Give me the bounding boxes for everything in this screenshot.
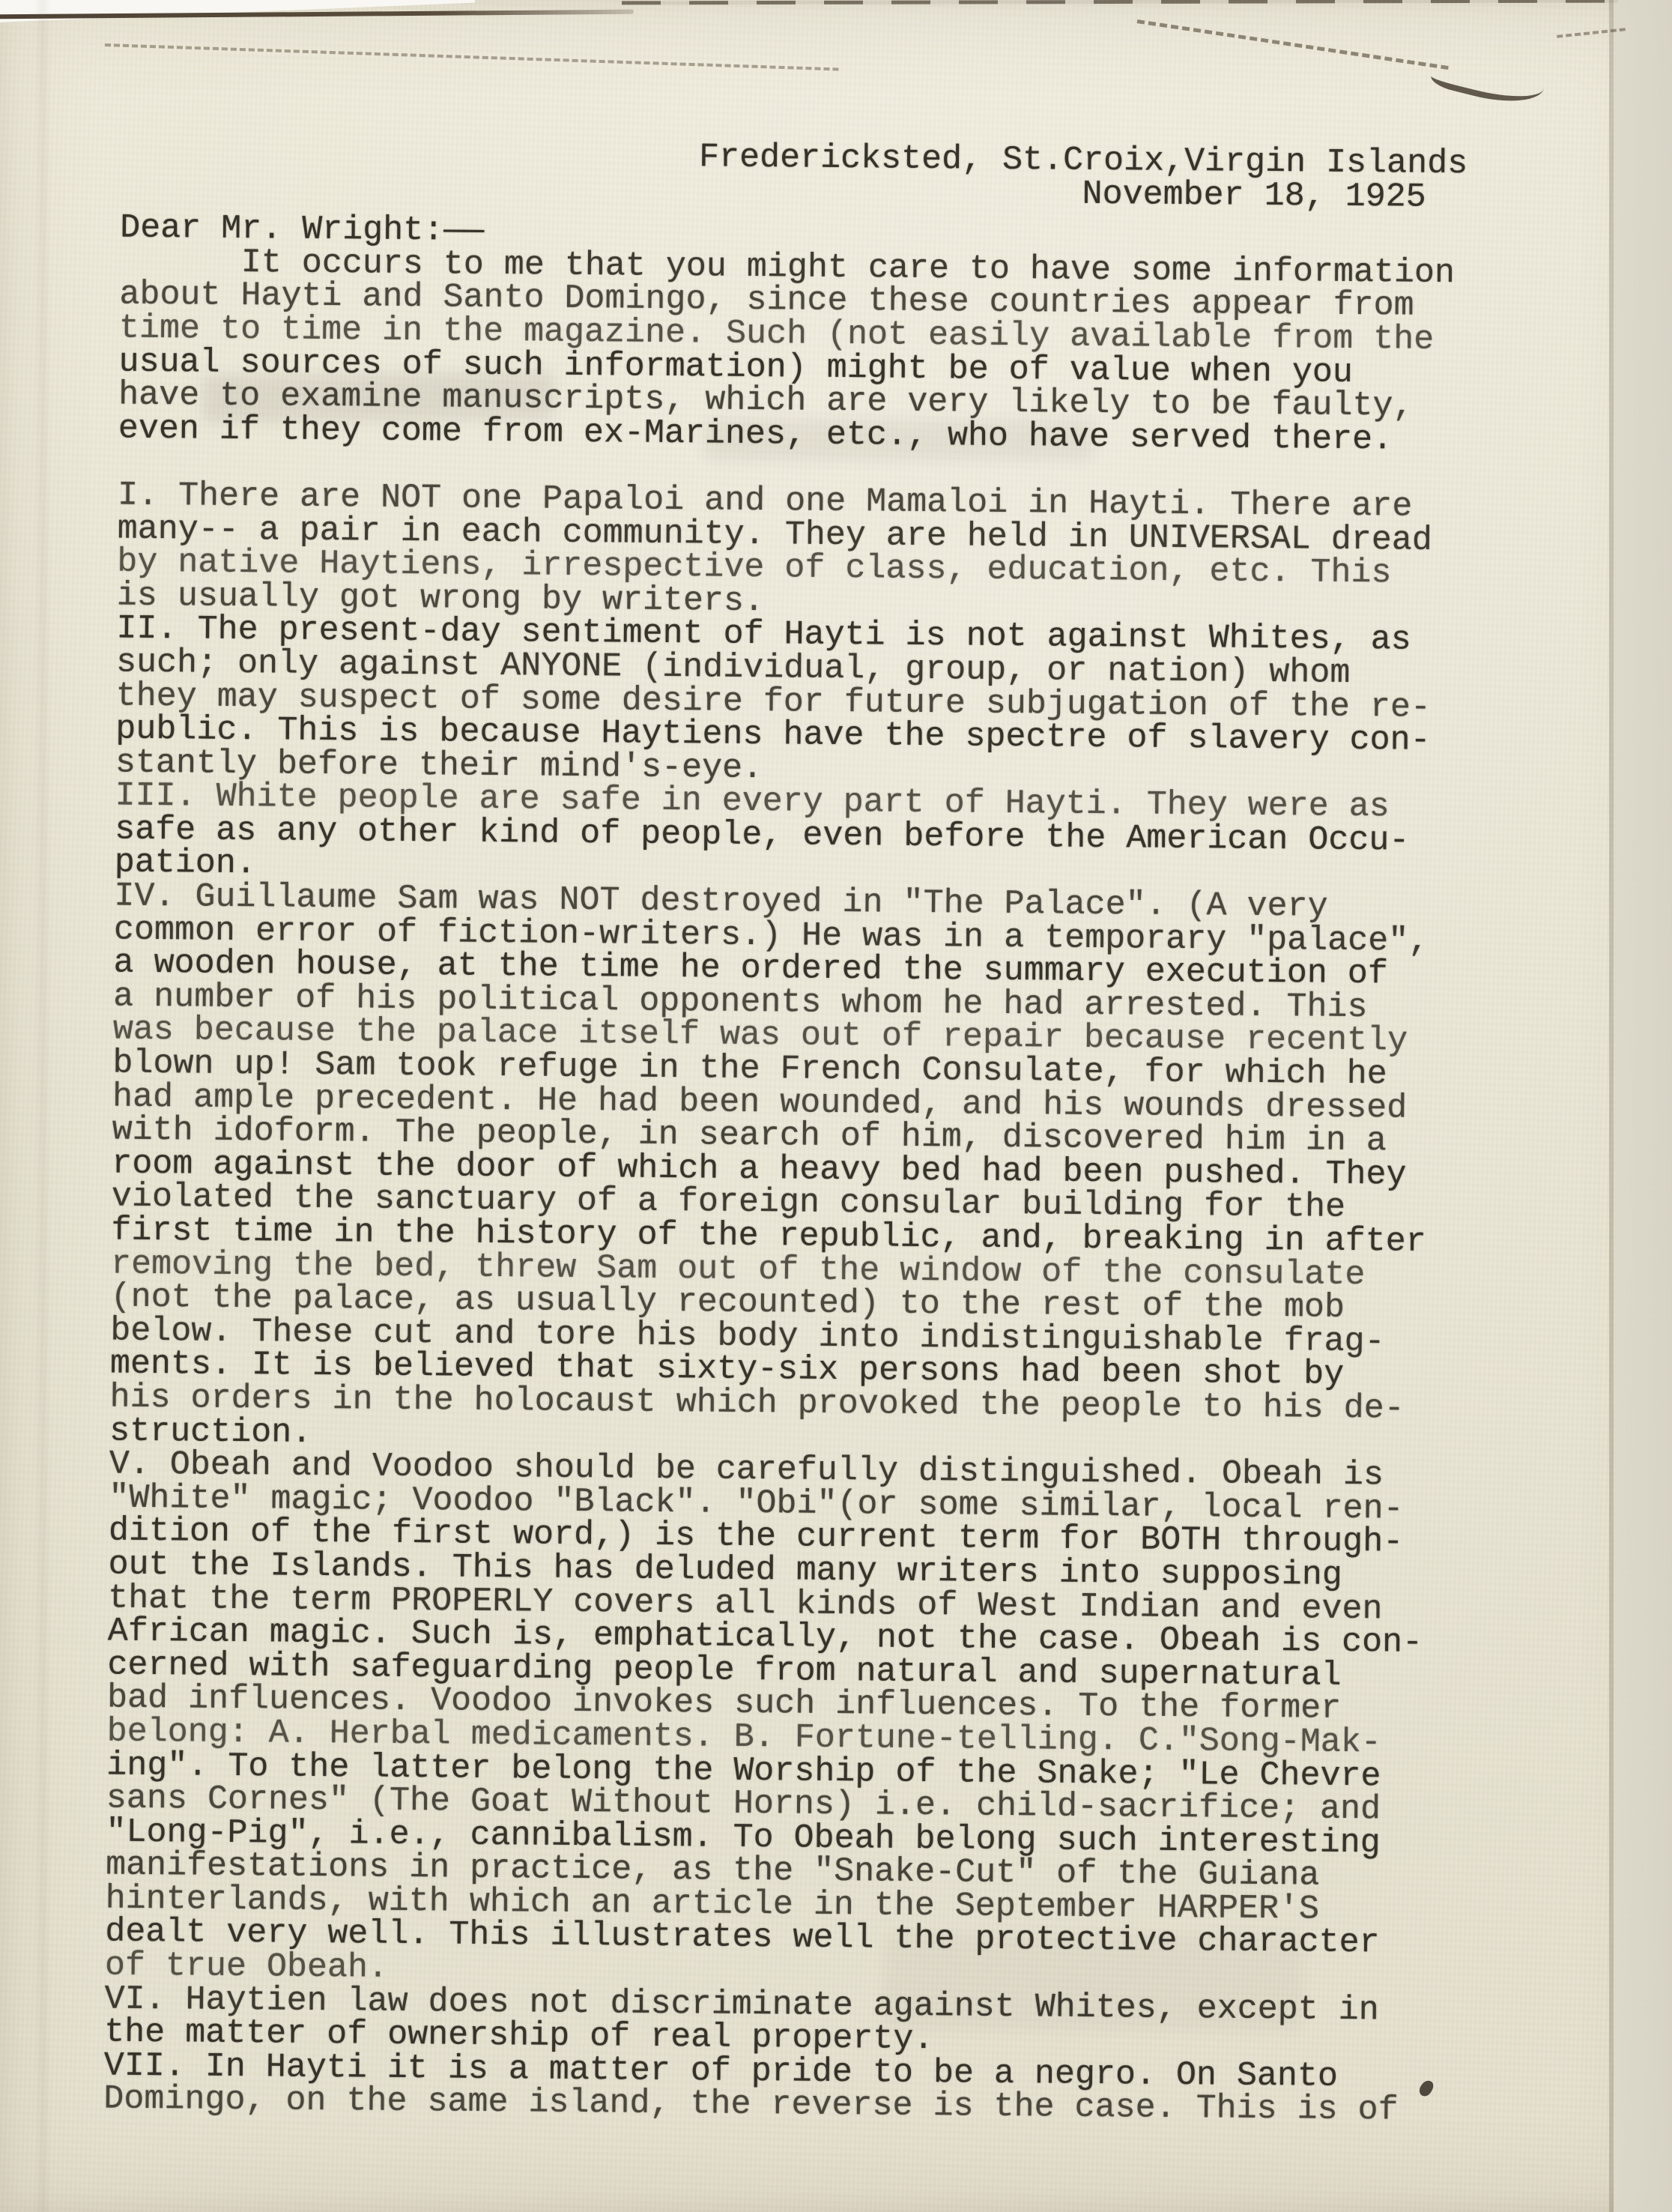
scanned-letter-page: Fredericksted, St.Croix,Virgin Islands N… xyxy=(0,0,1672,2212)
pencil-mark-right xyxy=(1137,19,1449,70)
paper-fold-shadow xyxy=(34,0,51,2212)
pencil-mark-left xyxy=(105,43,839,70)
scan-backing-sheet-edge xyxy=(1609,0,1672,2212)
pencil-mark-hook xyxy=(1429,46,1548,112)
letter-body: It occurs to me that you might care to h… xyxy=(103,245,1573,2129)
page-top-edge-dashes xyxy=(622,0,1618,4)
letter-text-block: Fredericksted, St.Croix,Virgin Islands N… xyxy=(103,136,1574,2130)
